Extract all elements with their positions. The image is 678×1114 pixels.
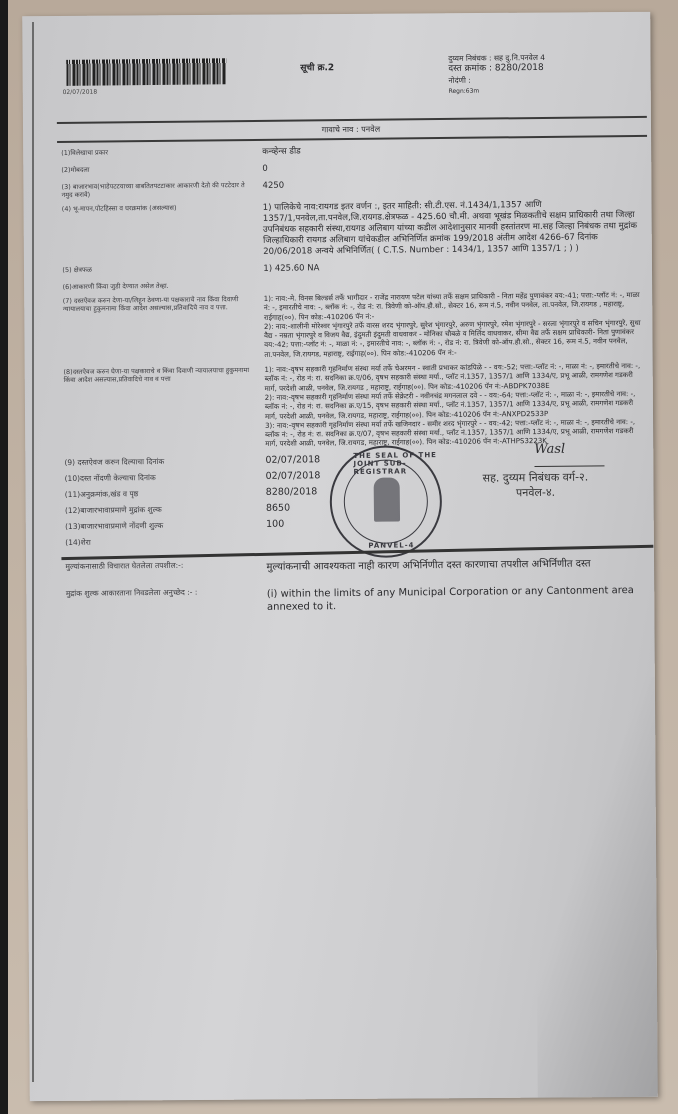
remark-value: मुल्यांकनाची आवश्यकता नाही कारण अभिर्निण… (266, 557, 645, 574)
field-row-8: (8)दस्तऐवज करुन घेणा-या पक्षकाराचे व किं… (63, 362, 644, 452)
registrar-seal-icon: THE SEAL OF THE JOINT SUB-REGISTRAR PANV… (329, 445, 442, 558)
field-row-1: (1)विलेखाचा प्रकार कन्व्हेन्स डीड (61, 143, 641, 160)
field-value (264, 277, 643, 289)
document-header: 02/07/2018 सूची क्र.2 दुय्यम निबंधक : सह… (60, 34, 641, 122)
field-label: (13)बाजारभावाप्रमाणे नोंदणी शुल्क (65, 519, 266, 532)
field-value: 4250 (262, 177, 641, 197)
signature: Wasl (534, 441, 604, 467)
field-label: (6)आकारणी किंवा जुडी देण्यात असेल तेव्हा… (63, 281, 264, 291)
field-label: (11)अनुक्रमांक,खंड व पृष्ठ (65, 487, 266, 500)
field-row-2: (2)मोबदला 0 (61, 160, 641, 177)
party-entry: 1): नाव:-मे. विनस बिल्डर्स तर्फे भागीदार… (264, 291, 643, 323)
field-value: 0 (262, 160, 641, 175)
field-label: (7) दस्तऐवज करुन देणा-या/लिहून ठेवणा-या … (63, 295, 265, 362)
regn-code: Regn:63m (449, 85, 546, 97)
field-value: कन्व्हेन्स डीड (262, 143, 641, 158)
field-label: (12)बाजारभावाप्रमाणे मुद्रांक शुल्क (65, 503, 266, 516)
field-label: (1)विलेखाचा प्रकार (61, 147, 262, 160)
valuation-remark: मुल्यांकनासाठी विचारात घेतलेला तपशील:-: … (65, 557, 645, 576)
remark-value: (i) within the limits of any Municipal C… (267, 584, 646, 614)
field-row-5: (5) क्षेत्रफळ 1) 425.60 NA (62, 260, 642, 277)
remark-label: मुद्रांक शुल्क आकारताना निवडलेला अनुच्छे… (66, 588, 267, 616)
index-ii-document: 02/07/2018 सूची क्र.2 दुय्यम निबंधक : सह… (60, 34, 646, 616)
signatory-designation: सह. दुय्यम निबंधक वर्ग-२. (483, 469, 589, 485)
national-emblem-icon (374, 477, 400, 521)
list-title: सूची क्र.2 (300, 60, 334, 73)
registration-info: दुय्यम निबंधक : सह दु.नि.पनवेल 4 दस्त क्… (448, 52, 545, 97)
field-row-7: (7) दस्तऐवज करुन देणा-या/लिहून ठेवणा-या … (63, 291, 644, 362)
field-row-6: (6)आकारणी किंवा जुडी देण्यात असेल तेव्हा… (63, 277, 643, 291)
barcode-icon (66, 58, 226, 86)
document-number: दस्त क्रमांक : 8280/2018 (448, 63, 545, 75)
claimant-parties: 1): नाव:-वृषभ सहकारी गृहनिर्माण संस्था म… (264, 362, 644, 450)
remark-label: मुल्यांकनासाठी विचारात घेतलेला तपशील:-: (65, 561, 266, 576)
field-label: (10)दस्त नोंदणी केल्याचा दिनांक (65, 471, 266, 484)
field-value: 8650 (266, 499, 645, 514)
signatory-block: सह. दुय्यम निबंधक वर्ग-२. पनवेल-४. (483, 469, 589, 500)
bottom-fields: THE SEAL OF THE JOINT SUB-REGISTRAR PANV… (64, 451, 645, 548)
signatory-office: पनवेल-४. (483, 484, 589, 500)
seal-bottom-text: PANVEL-4 (368, 541, 414, 549)
field-value: 1) 425.60 NA (263, 260, 642, 275)
field-label: (3) बाजारभाव(भाडेपटटयाच्या बाबतितपटटाकार… (61, 181, 262, 199)
field-row-3: (3) बाजारभाव(भाडेपटटयाच्या बाबतितपटटाकार… (61, 177, 641, 199)
field-label: (9) दस्तऐवज करुन दिल्याचा दिनांक (64, 455, 265, 468)
party-entry: 1): नाव:-वृषभ सहकारी गृहनिर्माण संस्था म… (264, 362, 643, 394)
field-label: (8)दस्तऐवज करुन घेणा-या पक्षकाराचे व किं… (63, 366, 265, 452)
field-value: 100 (266, 515, 645, 530)
party-entry: 2): नाव:-शालीनी मोरेश्वर भृंगारपुरे तर्फ… (264, 319, 643, 360)
barcode-date: 02/07/2018 (63, 89, 98, 96)
page-fold-shadow (535, 677, 658, 1098)
field-label: (2)मोबदला (61, 164, 262, 177)
field-value (266, 531, 645, 546)
field-label: (5) क्षेत्रफळ (62, 264, 263, 277)
field-label: (4) भू-मापन,पोटहिस्सा व घरक्रमांक (असल्य… (62, 203, 264, 260)
field-row-4: (4) भू-मापन,पोटहिस्सा व घरक्रमांक (असल्य… (62, 199, 643, 260)
party-entry: 2): नाव:-वृषभ सहकारी गृहनिर्माण संस्था म… (265, 390, 644, 422)
field-value: 1) पालिकेचे नाव:रायगड इतर वर्णन :, इतर म… (263, 199, 643, 258)
field-label: (14)शेरा (65, 535, 266, 548)
page-edge (32, 22, 34, 1082)
executant-parties: 1): नाव:-मे. विनस बिल्डर्स तर्फे भागीदार… (264, 291, 644, 360)
